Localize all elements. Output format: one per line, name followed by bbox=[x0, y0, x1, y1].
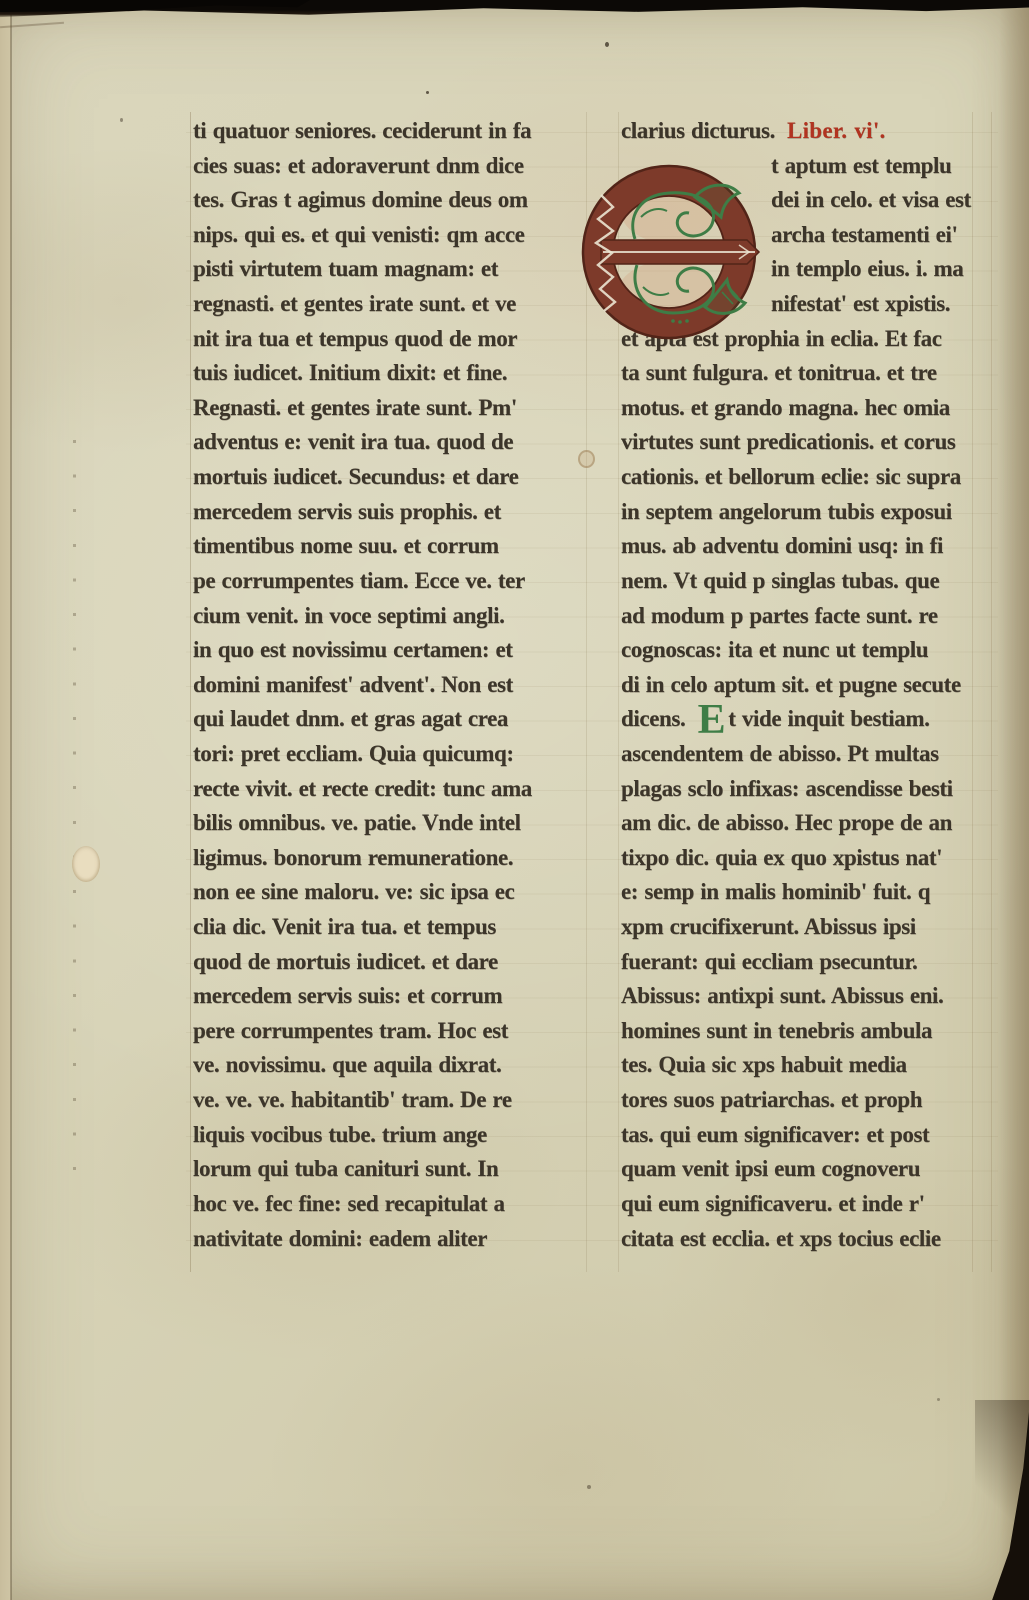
left-fold-line bbox=[10, 6, 12, 1600]
text-line: ad modum p partes facte sunt. re bbox=[621, 599, 1013, 634]
text-line: tores suos patriarchas. et proph bbox=[621, 1083, 1013, 1118]
ink-speck bbox=[426, 91, 429, 94]
text-line: Regnasti. et gentes irate sunt. Pm' bbox=[193, 391, 595, 426]
text-line: ligimus. bonorum remuneratione. bbox=[193, 841, 595, 876]
text-line: cationis. et bellorum eclie: sic supra bbox=[621, 460, 1013, 495]
text-line: tori: pret eccliam. Quia quicumq: bbox=[193, 737, 595, 772]
text-line: tas. qui eum significaver: et post bbox=[621, 1118, 1013, 1153]
left-text-column: ti quatuor seniores. ceciderunt in facie… bbox=[193, 114, 595, 1256]
text-line: homines sunt in tenebris ambula bbox=[621, 1014, 1013, 1049]
text-line: cium venit. in voce septimi angli. bbox=[193, 599, 595, 634]
text-line: am dic. de abisso. Hec prope de an bbox=[621, 806, 1013, 841]
text-line: adventus e: venit ira tua. quod de bbox=[193, 425, 595, 460]
text-line: ve. novissimu. que aquila dixrat. bbox=[193, 1048, 595, 1083]
text-line: quod de mortuis iudicet. et dare bbox=[193, 945, 595, 980]
text-line: qui laudet dnm. et gras agat crea bbox=[193, 702, 595, 737]
text-line: timentibus nome suu. et corrum bbox=[193, 529, 595, 564]
page-curvature-shadow bbox=[999, 0, 1029, 1600]
text-line: tixpo dic. quia ex quo xpistus nat' bbox=[621, 841, 1013, 876]
text-line: in septem angelorum tubis exposui bbox=[621, 495, 1013, 530]
pricking-holes bbox=[73, 440, 76, 1200]
text-line: plagas sclo infixas: ascendisse besti bbox=[621, 772, 1013, 807]
text-line: pisti virtutem tuam magnam: et bbox=[193, 252, 595, 287]
text-line: xpm crucifixerunt. Abissus ipsi bbox=[621, 910, 1013, 945]
text-line: bilis omnibus. ve. patie. Vnde intel bbox=[193, 806, 595, 841]
text-line: cies suas: et adoraverunt dnm dice bbox=[193, 149, 595, 184]
ink-speck bbox=[587, 1485, 591, 1489]
text-line: mercedem servis suis: et corrum bbox=[193, 979, 595, 1014]
text-line: domini manifest' advent'. Non est bbox=[193, 668, 595, 703]
text-line: mercedem servis suis prophis. et bbox=[193, 495, 595, 530]
ink-speck bbox=[937, 1398, 940, 1401]
text-line: mortuis iudicet. Secundus: et dare bbox=[193, 460, 595, 495]
text-line: clarius dicturus.Liber. vi'. bbox=[621, 114, 1013, 149]
text-line: dicens. Et vide inquit bestiam. bbox=[621, 702, 1013, 737]
text-line: regnasti. et gentes irate sunt. et ve bbox=[193, 287, 595, 322]
text-line: nem. Vt quid p singlas tubas. que bbox=[621, 564, 1013, 599]
text-line: recte vivit. et recte credit: tunc ama bbox=[193, 772, 595, 807]
parchment-hole bbox=[72, 846, 100, 882]
text-line: citata est ecclia. et xps tocius eclie bbox=[621, 1222, 1013, 1257]
text-line: qui eum significaveru. et inde r' bbox=[621, 1187, 1013, 1222]
rubric-book-heading: Liber. vi'. bbox=[787, 118, 886, 143]
text-line: tes. Gras t agimus domine deus om bbox=[193, 183, 595, 218]
text-line: hoc ve. fec fine: sed recapitulat a bbox=[193, 1187, 595, 1222]
text-line: cognoscas: ita et nunc ut templu bbox=[621, 633, 1013, 668]
text-line: di in celo aptum sit. et pugne secute bbox=[621, 668, 1013, 703]
text-line: liquis vocibus tube. trium ange bbox=[193, 1118, 595, 1153]
manuscript-photo: { "document": { "kind": "medieval Latin … bbox=[0, 0, 1029, 1600]
ruling-vertical-left bbox=[190, 112, 191, 1272]
text-line: nativitate domini: eadem aliter bbox=[193, 1222, 595, 1257]
text-line: motus. et grando magna. hec omia bbox=[621, 391, 1013, 426]
text-line: ta sunt fulgura. et tonitrua. et tre bbox=[621, 356, 1013, 391]
text-line: clia dic. Venit ira tua. et tempus bbox=[193, 910, 595, 945]
text-line: pere corrumpentes tram. Hoc est bbox=[193, 1014, 595, 1049]
text-line: ti quatuor seniores. ceciderunt in fa bbox=[193, 114, 595, 149]
text-line: non ee sine maloru. ve: sic ipsa ec bbox=[193, 875, 595, 910]
ink-speck bbox=[120, 118, 123, 122]
ink-speck bbox=[605, 42, 609, 47]
text-line: fuerant: qui eccliam psecuntur. bbox=[621, 945, 1013, 980]
text-line: e: semp in malis hominib' fuit. q bbox=[621, 875, 1013, 910]
text-line: in quo est novissimu certamen: et bbox=[193, 633, 595, 668]
text-line: ve. ve. ve. habitantib' tram. De re bbox=[193, 1083, 595, 1118]
text-line: lorum qui tuba canituri sunt. In bbox=[193, 1152, 595, 1187]
text-line: pe corrumpentes tiam. Ecce ve. ter bbox=[193, 564, 595, 599]
text-line: nit ira tua et tempus quod de mor bbox=[193, 322, 595, 357]
text-line: nips. qui es. et qui venisti: qm acce bbox=[193, 218, 595, 253]
illuminated-initial-e bbox=[577, 155, 767, 349]
text-line: tuis iudicet. Initium dixit: et fine. bbox=[193, 356, 595, 391]
text-line: Abissus: antixpi sunt. Abissus eni. bbox=[621, 979, 1013, 1014]
text-line: quam venit ipsi eum cognoveru bbox=[621, 1152, 1013, 1187]
text-line: mus. ab adventu domini usq: in fi bbox=[621, 529, 1013, 564]
text-line: virtutes sunt predicationis. et corus bbox=[621, 425, 1013, 460]
text-line: tes. Quia sic xps habuit media bbox=[621, 1048, 1013, 1083]
text-line: ascendentem de abisso. Pt multas bbox=[621, 737, 1013, 772]
